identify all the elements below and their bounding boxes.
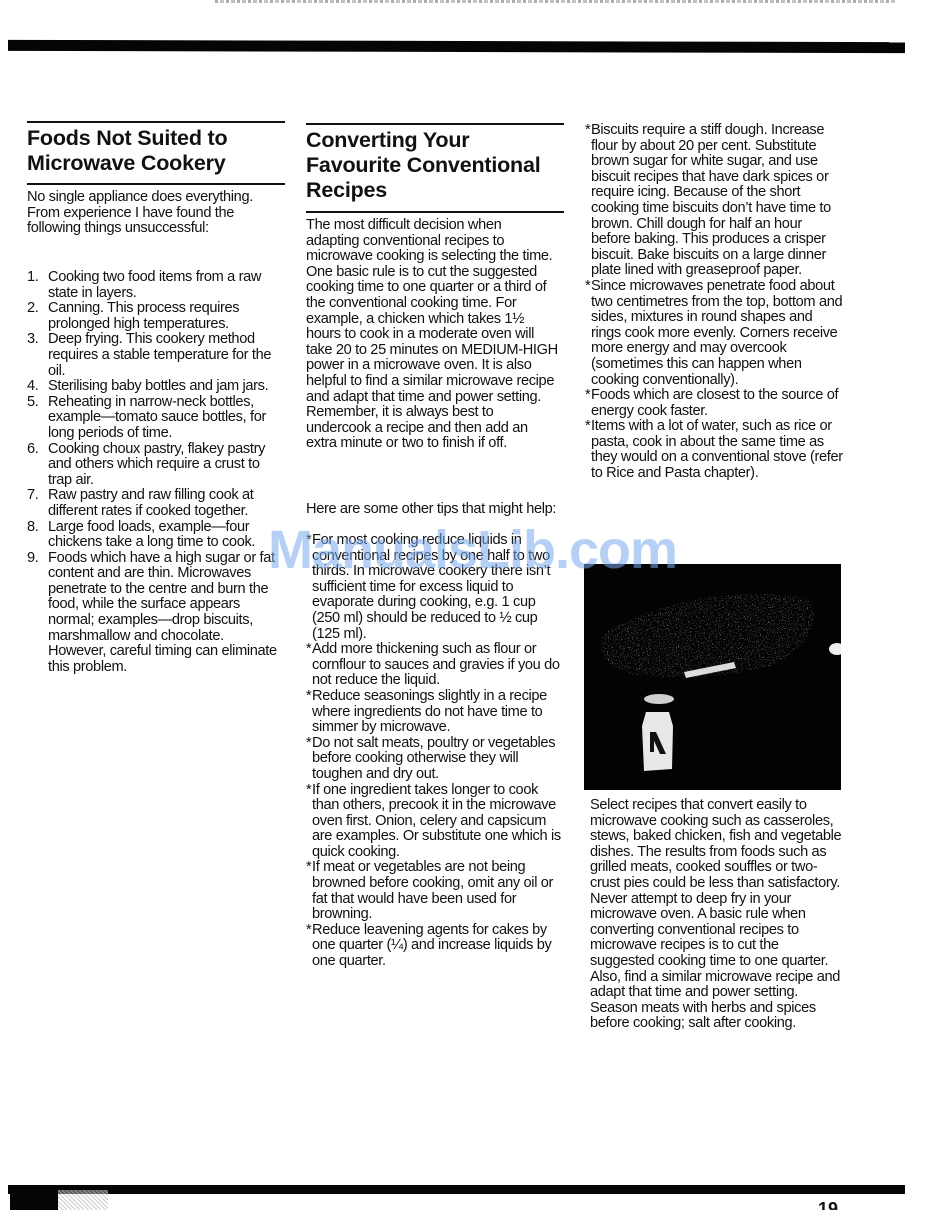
item-number: 9. <box>27 551 38 567</box>
item-text: Canning. This process requires prolonged… <box>48 300 239 332</box>
list-item: 3.Deep frying. This cookery method requi… <box>27 332 285 379</box>
heading-bottom-rule <box>306 211 564 213</box>
tip-text: Do not salt meats, poultry or vegetables… <box>312 735 555 782</box>
tip-text: Foods which are closest to the source of… <box>591 387 838 419</box>
food-dish-image <box>584 564 841 790</box>
intro-paragraph: No single appliance does everything. Fro… <box>27 190 277 237</box>
list-item: 9.Foods which have a high sugar or fat c… <box>27 551 285 676</box>
item-number: 1. <box>27 270 38 286</box>
list-item: 8.Large food loads, example—four chicken… <box>27 520 285 551</box>
heading-top-rule <box>306 123 564 125</box>
item-number: 8. <box>27 520 38 536</box>
list-item: 6.Cooking choux pastry, flakey pastry an… <box>27 442 285 489</box>
list-item: 4.Sterilising baby bottles and jam jars. <box>27 379 285 395</box>
tips-intro: Here are some other tips that might help… <box>306 502 558 518</box>
tip-item: *Since microwaves penetrate food about t… <box>585 279 843 388</box>
item-text: Large food loads, example—four chickens … <box>48 519 255 551</box>
item-number: 5. <box>27 395 38 411</box>
list-item: 5.Reheating in narrow-neck bottles, exam… <box>27 395 285 442</box>
heading-top-rule <box>27 121 285 123</box>
list-item: 7.Raw pastry and raw filling cook at dif… <box>27 488 285 519</box>
heading-bottom-rule <box>27 183 285 185</box>
item-number: 2. <box>27 301 38 317</box>
intro-paragraph: The most difficult decision when adaptin… <box>306 218 558 452</box>
item-text: Cooking choux pastry, flakey pastry and … <box>48 441 265 488</box>
tip-item: *Add more thickening such as flour or co… <box>306 642 562 689</box>
top-rule-bar <box>8 40 905 53</box>
bottom-rule-bar <box>8 1185 905 1194</box>
scan-artifact <box>215 0 895 3</box>
closing-paragraph: Select recipes that convert easily to mi… <box>590 798 844 1032</box>
tip-item: *Reduce seasonings slightly in a recipe … <box>306 689 562 736</box>
scan-artifact <box>58 1190 108 1210</box>
tip-item: *If one ingredient takes longer to cook … <box>306 783 562 861</box>
heading-line: Microwave Cookery <box>27 151 226 175</box>
item-text: Foods which have a high sugar or fat con… <box>48 550 277 675</box>
tip-item: *Foods which are closest to the source o… <box>585 388 843 419</box>
tip-text: Add more thickening such as flour or cor… <box>312 641 560 688</box>
tips-list: *For most cooking reduce liquids in conv… <box>306 533 562 970</box>
heading-line: Converting Your <box>306 128 469 152</box>
tip-item: *For most cooking reduce liquids in conv… <box>306 533 562 642</box>
tip-item: *Do not salt meats, poultry or vegetable… <box>306 736 562 783</box>
list-item: 1.Cooking two food items from a raw stat… <box>27 270 285 301</box>
item-text: Deep frying. This cookery method require… <box>48 331 271 378</box>
tip-text: For most cooking reduce liquids in conve… <box>312 532 550 642</box>
tip-item: *If meat or vegetables are not being bro… <box>306 860 562 922</box>
tip-item: *Items with a lot of water, such as rice… <box>585 419 843 481</box>
page-number: 19 <box>818 1200 838 1210</box>
tip-text: Biscuits require a stiff dough. Increase… <box>591 122 831 278</box>
heading-line: Foods Not Suited to <box>27 126 227 150</box>
tip-item: *Reduce leavening agents for cakes by on… <box>306 923 562 970</box>
tips-list: *Biscuits require a stiff dough. Increas… <box>585 123 843 482</box>
item-number: 4. <box>27 379 38 395</box>
unsuitable-foods-list: 1.Cooking two food items from a raw stat… <box>27 270 285 675</box>
tip-text: Reduce leavening agents for cakes by one… <box>312 922 551 969</box>
tip-text: Since microwaves penetrate food about tw… <box>591 278 842 388</box>
item-text: Reheating in narrow-neck bottles, exampl… <box>48 394 266 441</box>
list-item: 2.Canning. This process requires prolong… <box>27 301 285 332</box>
item-text: Cooking two food items from a raw state … <box>48 269 261 301</box>
food-photo <box>584 564 841 790</box>
tip-text: If meat or vegetables are not being brow… <box>312 859 553 922</box>
tip-text: Items with a lot of water, such as rice … <box>591 418 843 481</box>
tip-text: If one ingredient takes longer to cook t… <box>312 782 561 860</box>
item-text: Raw pastry and raw filling cook at diffe… <box>48 487 253 519</box>
heading-line: Favourite Conventional <box>306 153 541 177</box>
section-heading-converting-recipes: Converting Your Favourite Conventional R… <box>306 128 564 203</box>
item-number: 3. <box>27 332 38 348</box>
bottom-corner-block <box>10 1188 58 1210</box>
item-number: 7. <box>27 488 38 504</box>
item-number: 6. <box>27 442 38 458</box>
tip-text: Reduce seasonings slightly in a recipe w… <box>312 688 547 735</box>
section-heading-foods-not-suited: Foods Not Suited to Microwave Cookery <box>27 126 285 176</box>
heading-line: Recipes <box>306 178 387 202</box>
tip-item: *Biscuits require a stiff dough. Increas… <box>585 123 843 279</box>
item-text: Sterilising baby bottles and jam jars. <box>48 378 268 394</box>
